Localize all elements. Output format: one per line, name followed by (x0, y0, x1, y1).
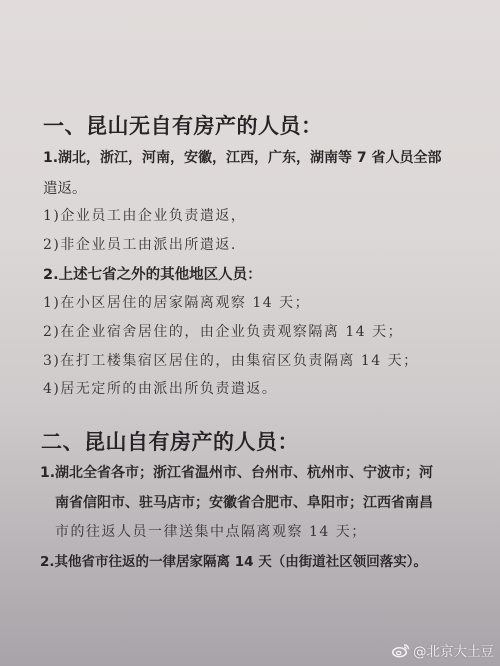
section2-item2: 2.其他省市往返的一律居家隔离 14 天（由街道社区领回落实）。 (40, 550, 427, 570)
watermark-text: @北京大土豆 (413, 640, 494, 660)
weibo-icon (392, 642, 410, 658)
watermark: @北京大土豆 (392, 640, 494, 660)
section1-item1-sub2: 2)非企业员工由派出所遣返. (43, 234, 237, 254)
section2-item1-line2: 南省信阳市、驻马店市；安徽省合肥市、阜阳市；江西省南昌 (55, 492, 433, 512)
section1-heading: 一、昆山无自有房产的人员： (43, 110, 323, 140)
section2-item1-line1: 1.湖北全省各市；浙江省温州市、台州市、杭州市、宁波市；河 (40, 462, 433, 482)
section2-heading: 二、昆山自有房产的人员： (41, 426, 299, 456)
section1-item1-line2: 遣返。 (43, 177, 87, 198)
section1-item2-sub3: 3)在打工楼集宿区居住的，由集宿区负责隔离 14 天； (43, 350, 419, 370)
section1-item1-line1: 1.湖北，浙江，河南，安徽，江西，广东，湖南等 7 省人员全部 (43, 147, 442, 167)
section1-item1-sub1: 1)企业员工由企业负责遣返， (43, 205, 246, 225)
section1-item2: 2.上述七省之外的其他地区人员： (43, 263, 262, 284)
section1-item2-sub4: 4)居无定所的由派出所负责遣返。 (43, 378, 277, 398)
section2-item1-line3: 市的往返人员一律送集中点隔离观察 14 天； (55, 521, 367, 541)
section1-item2-sub1: 1)在小区居住的居家隔离观察 14 天； (43, 292, 310, 312)
section1-item2-sub2: 2)在企业宿舍居住的，由企业负责观察隔离 14 天； (43, 321, 403, 341)
